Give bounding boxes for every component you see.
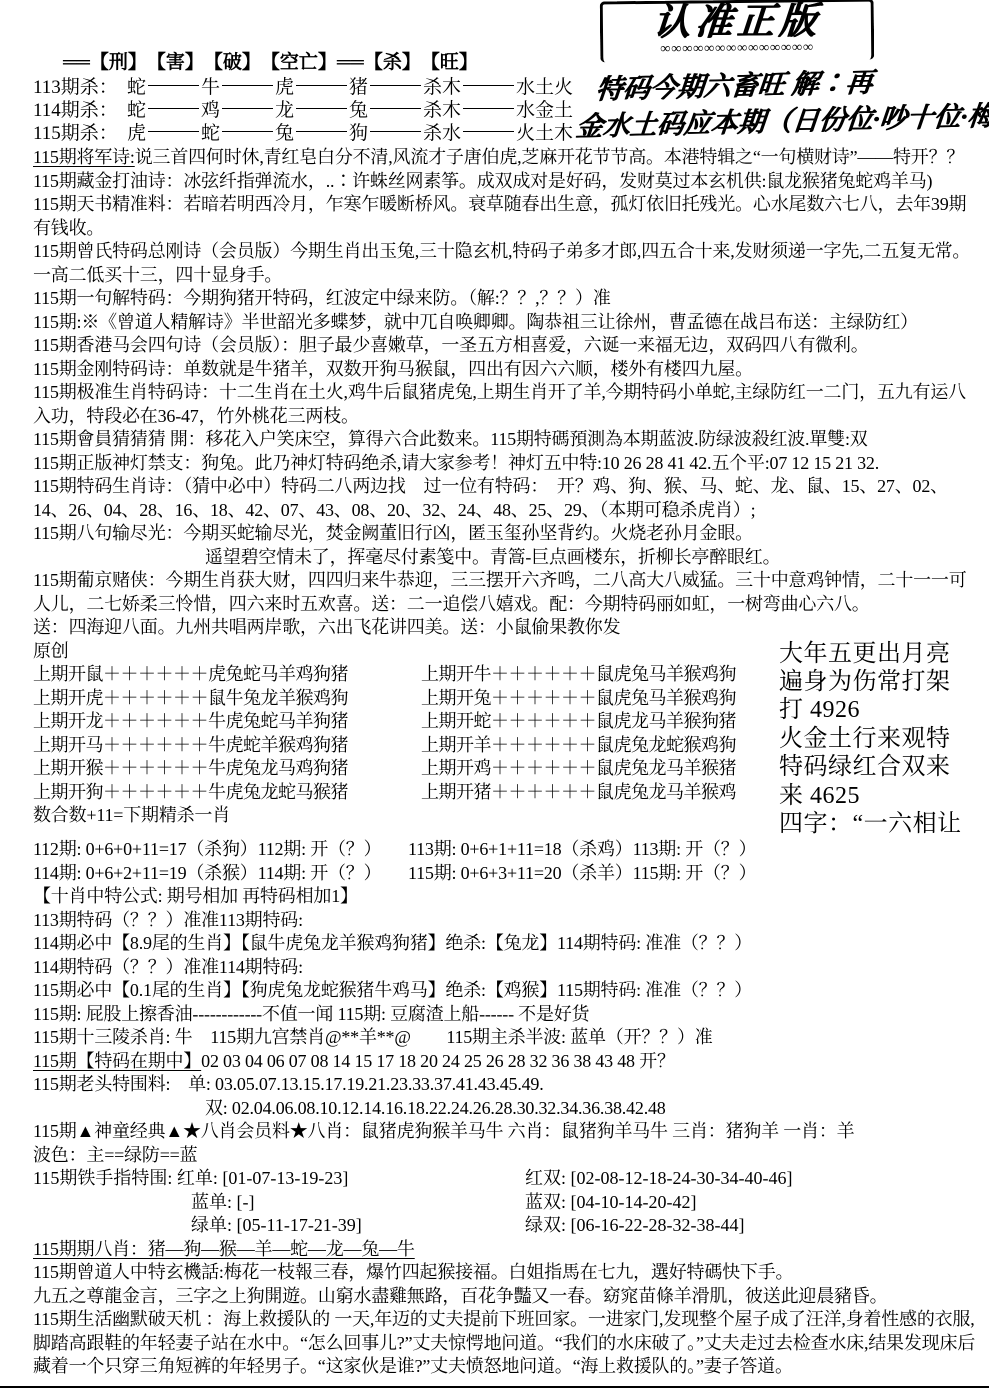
zodiac-row: 上期开龙＋＋＋＋＋＋牛虎兔蛇马羊狗猪 — [33, 710, 421, 734]
line-tianshu-jingzhunliao: 115期天书精准料：若暗若明西冷月，乍寒乍暖断桥风。衰草随春出生意，孤灯依旧托残… — [33, 193, 979, 240]
stamp-chain-border: ∞∞∞∞∞∞∞∞∞∞∞∞∞∞ — [660, 42, 814, 56]
zodiac-left: 原创 上期开鼠＋＋＋＋＋＋虎兔蛇马羊鸡狗猪 上期开牛＋＋＋＋＋＋鼠虎兔马羊猴鸡狗… — [33, 640, 779, 828]
zodiac-footer-formula: 数合数+11=下期精杀一肖 — [33, 804, 779, 828]
stamp-area: 认准正版 ∞∞∞∞∞∞∞∞∞∞∞∞∞∞ 特码今期六畜旺 解∶再 金水土码应本期（… — [592, 0, 989, 146]
connector-line — [222, 131, 273, 132]
iron-red-single-value: 红单: [01-07-13-19-23] — [177, 1168, 348, 1188]
line-shixiao-gongshi: 【十肖中特公式: 期号相加 再特码相加1】 — [33, 885, 979, 909]
iron-row-blue: 蓝单: [-] 蓝双: [04-10-14-20-42] — [33, 1191, 979, 1215]
line-zengdaoren-jingjieshi: 115期:※《曾道人精解诗》半世韶光多蝶梦，就中兀自唤卿卿。陶恭祖三让徐州，曹孟… — [33, 311, 979, 335]
line-tema-zaiqizhong-text: 02 03 04 06 07 08 14 15 17 18 20 24 25 2… — [201, 1051, 675, 1071]
line-115-bizhong: 115期必中【0.1尾的生肖】【狗虎兔龙蛇猴猪牛鸡马】绝杀:【鸡猴】115期特码… — [33, 979, 979, 1003]
zodiac-section: 原创 上期开鼠＋＋＋＋＋＋虎兔蛇马羊鸡狗猪 上期开牛＋＋＋＋＋＋鼠虎兔马羊猴鸡狗… — [33, 640, 979, 839]
line-zengdaoren-xuanjihua: 115期曾道人中特玄機話:梅花一枝報三春，爆竹四起猴接福。白姐指馬在七九，選好特… — [33, 1261, 979, 1285]
iron-blue-single: 蓝单: [-] — [33, 1191, 525, 1215]
iron-green-double: 绿双: [06-16-22-28-32-38-44] — [525, 1214, 744, 1238]
zodiac-row: 上期开猴＋＋＋＋＋＋牛虎兔龙马鸡狗猪 — [33, 757, 421, 781]
connector-line — [148, 108, 199, 109]
connector-line — [370, 85, 421, 86]
connector-line — [222, 85, 273, 86]
line-shentong-jingdian: 115期▲神童经典▲★八肖会员料★八肖：鼠猪虎狗猴羊马牛 六肖：鼠猪狗羊马牛 三… — [33, 1120, 979, 1144]
line-jiangjunshi: 115期将军诗:说三首四何时休,青红皂白分不清,风流才子唐伯虎,芝麻开花节节高。… — [33, 146, 979, 170]
zodiac-grid: 上期开鼠＋＋＋＋＋＋虎兔蛇马羊鸡狗猪 上期开牛＋＋＋＋＋＋鼠虎兔马羊猴鸡狗 上期… — [33, 663, 779, 804]
line-xuanjihua-2: 九五之尊龍金言，三字之上狗開遊。山窮水盡雞無路，百花争豔又一春。窈窕苗條羊滑肌，… — [33, 1285, 979, 1309]
line-tema-zaiqizhong-label: 115期【特码在期中】 — [33, 1051, 201, 1071]
line-114-bizhong: 114期必中【8.9尾的生肖】【鼠牛虎兔龙羊猴鸡狗猪】绝杀:【兔龙】114期特码… — [33, 932, 979, 956]
line-113-tema: 113期特码（？？）准准113期特码: — [33, 909, 979, 933]
riddle-line: 打 4926 — [779, 696, 979, 724]
kill-table-row-114: 114期杀： 蛇 鸡 龙 兔 杀木 水金土 — [33, 97, 573, 120]
riddle-line: 四字：“一六相让 — [779, 810, 979, 838]
zodiac-row: 上期开狗＋＋＋＋＋＋牛虎兔龙蛇马猴猪 — [33, 781, 421, 805]
line-baju-shujinguang: 115期八句输尽光：今期买蛇输尽光，焚金阙董旧行凶，匿玉玺孙坚背约。火烧老孙月金… — [33, 522, 979, 546]
iron-green-single: 绿单: [05-11-17-21-39] — [33, 1214, 525, 1238]
cell: 兔 — [275, 118, 294, 145]
zodiac-row: 上期开猪＋＋＋＋＋＋鼠虎兔龙马羊猴鸡 — [421, 781, 779, 805]
iron-blue-double: 蓝双: [04-10-14-20-42] — [525, 1191, 696, 1215]
riddle-line: 来 4625 — [779, 782, 979, 810]
big-riddle-column: 大年五更出月亮 遍身为伤常打架 打 4926 火金土行来观特 特码绿红合双来 来… — [779, 640, 979, 839]
zodiac-row: 上期开鼠＋＋＋＋＋＋虎兔蛇马羊鸡狗猪 — [33, 663, 421, 687]
zodiac-title: 原创 — [33, 640, 779, 664]
line-song-sihai: 送：四海迎八面。九州共唱两岸歌，六出飞花讲四美。送：小鼠偷果教你发 — [33, 616, 979, 640]
connector-line — [222, 108, 273, 109]
zodiac-row: 上期开鸡＋＋＋＋＋＋鼠虎兔龙马羊猴猪 — [421, 757, 779, 781]
riddle-line: 火金土行来观特 — [779, 725, 979, 753]
line-pujing-duxia: 115期葡京赌侠：今期生肖获大财，四四归来牛恭迎，三三摆开六齐鸣，二八高大八威猛… — [33, 569, 979, 616]
connector-line — [463, 85, 514, 86]
kill-table-row-113: 113期杀： 蛇 牛 虎 猪 杀木 水土火 — [33, 74, 573, 97]
line-xianggang-sijushi: 115期香港马会四句诗（会员版）：胆子最少喜嫩草，一圣五方相喜爱，六诞一来福无边… — [33, 334, 979, 358]
riddle-line: 大年五更出月亮 — [779, 640, 979, 668]
line-laotou-shuang: 双: 02.04.06.08.10.12.14.16.18.22.24.26.2… — [33, 1097, 979, 1121]
line-yiju-jietema: 115期一句解特码：今期狗猪开特码，红波定中绿来防。（解:？？,？？）准 — [33, 287, 979, 311]
line-huiyuan-caicaicai: 115期會員猜猜猜 開：移花入户笑床空，算得六合此数来。115期特碼預測為本期蓝… — [33, 428, 979, 452]
lottery-tip-sheet: ══【刑】 【害】 【破】 【空亡】══【杀】 【旺】 113期杀： 蛇 牛 虎… — [0, 0, 989, 1388]
line-jiangjunshi-text: 说三首四何时休,青红皂白分不清,风流才子唐伯虎,芝麻开花节节高。本港特辑之“一句… — [135, 147, 964, 167]
line-shendeng-jinzhi: 115期正版神灯禁支：狗兔。此乃神灯特码绝杀,请大家参考！神灯五中特:10 26… — [33, 452, 979, 476]
connector-line — [148, 131, 199, 132]
riddle-line: 遍身为伤常打架 — [779, 668, 979, 696]
connector-line — [463, 131, 514, 132]
kill-table: ══【刑】 【害】 【破】 【空亡】══【杀】 【旺】 113期杀： 蛇 牛 虎… — [33, 52, 573, 143]
zodiac-row: 上期开虎＋＋＋＋＋＋鼠牛兔龙羊猴鸡狗 — [33, 687, 421, 711]
line-tema-shengxiaoshi: 115期特码生肖诗：（猜中必中）特码二八两边找 过一位有特码： 开？鸡、狗、猴、… — [33, 475, 979, 522]
line-bose: 波色：主==绿防==蓝 — [33, 1144, 979, 1168]
genuine-version-stamp: 认准正版 ∞∞∞∞∞∞∞∞∞∞∞∞∞∞ — [600, 0, 875, 62]
zodiac-row: 上期开牛＋＋＋＋＋＋鼠虎兔马羊猴鸡狗 — [421, 663, 779, 687]
line-zengshi-zonggangshi: 115期曾氏特码总刚诗（会员版）今期生肖出玉兔,三十隐玄机,特码子弟多才郎,四五… — [33, 240, 979, 287]
line-xiehouyu: 115期: 屁股上擦香油------------不值一闻 115期: 豆腐渣上船… — [33, 1003, 979, 1027]
zodiac-row: 上期开蛇＋＋＋＋＋＋鼠虎龙马羊猴狗猪 — [421, 710, 779, 734]
connector-line — [296, 131, 347, 132]
cell: 火土木 — [516, 118, 573, 145]
cell: 虎 — [127, 118, 146, 145]
line-114-tema: 114期特码（？？）准准114期特码: — [33, 956, 979, 980]
top-section: ══【刑】 【害】 【破】 【空亡】══【杀】 【旺】 113期杀： 蛇 牛 虎… — [0, 0, 989, 146]
cell: 杀水 — [423, 118, 461, 145]
connector-line — [370, 108, 421, 109]
cell: 蛇 — [201, 118, 220, 145]
kill-table-header: ══【刑】 【害】 【破】 【空亡】══【杀】 【旺】 — [33, 52, 573, 74]
zodiac-row: 上期开马＋＋＋＋＋＋牛虎蛇羊猴鸡狗猪 — [33, 734, 421, 758]
iron-row-green: 绿单: [05-11-17-21-39] 绿双: [06-16-22-28-32… — [33, 1214, 979, 1238]
stamp-text: 认准正版 — [651, 2, 822, 44]
row-label: 115期杀： — [33, 118, 127, 145]
iron-red-double: 红双: [02-08-12-18-24-30-34-40-46] — [525, 1167, 792, 1191]
line-tema-zaiqizhong: 115期【特码在期中】02 03 04 06 07 08 14 15 17 18… — [33, 1050, 979, 1074]
line-formula-112-113: 112期: 0+6+0+11=17（杀狗）112期: 开（？） 113期: 0+… — [33, 838, 979, 862]
connector-line — [148, 85, 199, 86]
iron-row-red: 115期铁手指特围: 红单: [01-07-13-19-23] 红双: [02-… — [33, 1167, 979, 1191]
line-cangjin-dayoushi: 115期藏金打油诗：冰弦纤指弹流水，..∶许蛛丝网素筝。成双成对是好码，发财莫过… — [33, 170, 979, 194]
line-baju-shujinguang-2: 遥望碧空情未了，挥毫尽付素笺中。青篙-巨点画楼东，折柳长亭醉眼红。 — [33, 546, 979, 570]
line-jiangjunshi-label: 115期将军诗: — [33, 147, 135, 167]
body-content: 115期将军诗:说三首四何时休,青红皂白分不清,风流才子唐伯虎,芝麻开花节节高。… — [0, 146, 989, 1379]
cell: 狗 — [349, 118, 368, 145]
connector-line — [296, 85, 347, 86]
kill-table-row-115: 115期杀： 虎 蛇 兔 狗 杀水 火土木 — [33, 120, 573, 143]
iron-red-single: 115期铁手指特围: 红单: [01-07-13-19-23] — [33, 1167, 525, 1191]
connector-line — [296, 108, 347, 109]
zodiac-row: 上期开兔＋＋＋＋＋＋鼠虎兔马羊猴鸡狗 — [421, 687, 779, 711]
line-formula-114-115: 114期: 0+6+2+11=19（杀猴）114期: 开（？） 115期: 0+… — [33, 862, 979, 886]
line-jizhun-shengxiao-temashi: 115期极准生肖特码诗：十二生肖在土火,鸡牛后鼠猪虎兔,上期生肖开了羊,今期特码… — [33, 381, 979, 428]
line-qi-baxiao: 115期期八肖：猪—狗—猴—羊—蛇—龙—兔—牛 — [33, 1238, 979, 1262]
line-jingang-temashi: 115期金刚特码诗：单数就是牛猪羊，双数开狗马猴鼠，四出有因六六顺，楼外有楼四九… — [33, 358, 979, 382]
zodiac-row: 上期开羊＋＋＋＋＋＋鼠虎兔龙蛇猴鸡狗 — [421, 734, 779, 758]
connector-line — [370, 131, 421, 132]
connector-line — [463, 108, 514, 109]
riddle-line: 特码绿红合双来 — [779, 753, 979, 781]
iron-prefix: 115期铁手指特围: — [33, 1168, 177, 1188]
line-shenghuo-youmo: 115期生活幽默破天机 ：海上救援队的 一天,年迈的丈夫提前下班回家。一进家门,… — [33, 1308, 979, 1379]
line-shisanling-shaxiao: 115期十三陵杀肖: 牛 115期九宫禁肖@**羊**@ 115期主杀半波: 蓝… — [33, 1026, 979, 1050]
line-laotou-dan: 115期老头特围料: 单: 03.05.07.13.15.17.19.21.23… — [33, 1073, 979, 1097]
